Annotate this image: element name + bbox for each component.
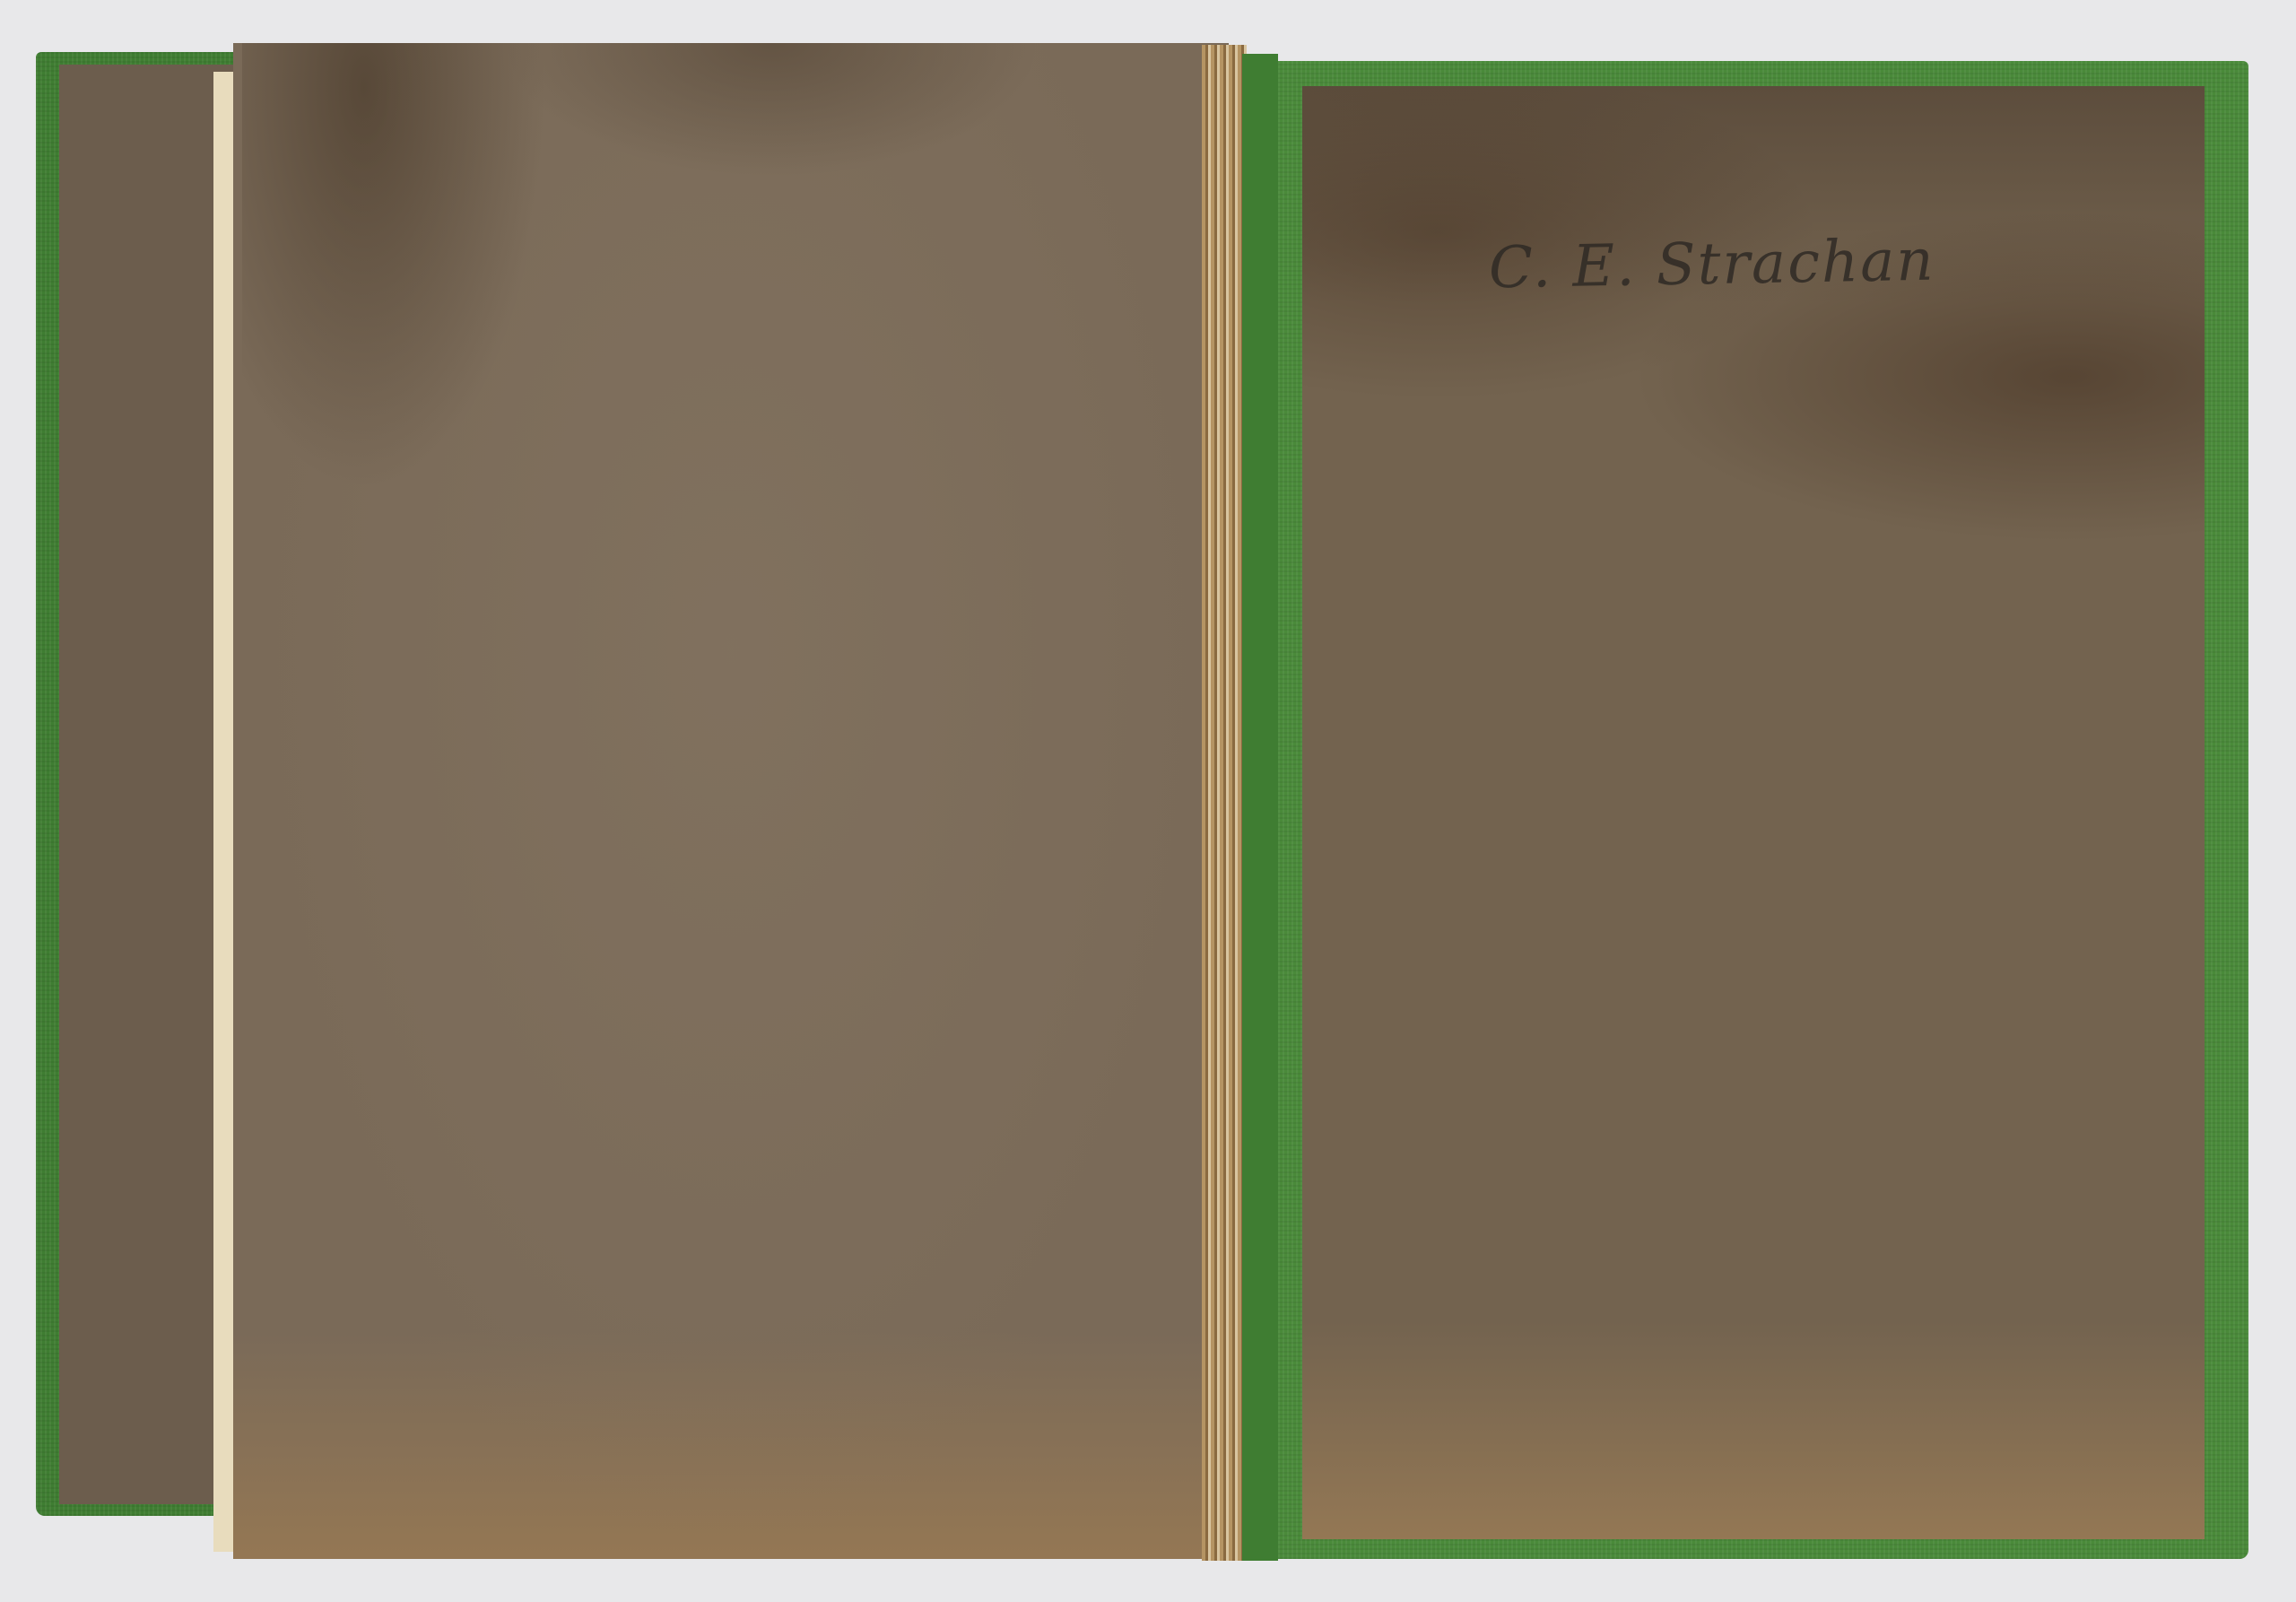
water-stain bbox=[1302, 86, 2205, 570]
torn-binding-edges bbox=[1202, 45, 1247, 1561]
water-stain bbox=[502, 43, 1040, 178]
left-endpaper bbox=[59, 65, 239, 1504]
handwritten-signature: C. E. Strachan bbox=[1488, 228, 1935, 302]
book-spine bbox=[1242, 54, 1278, 1561]
water-stain bbox=[242, 43, 547, 492]
